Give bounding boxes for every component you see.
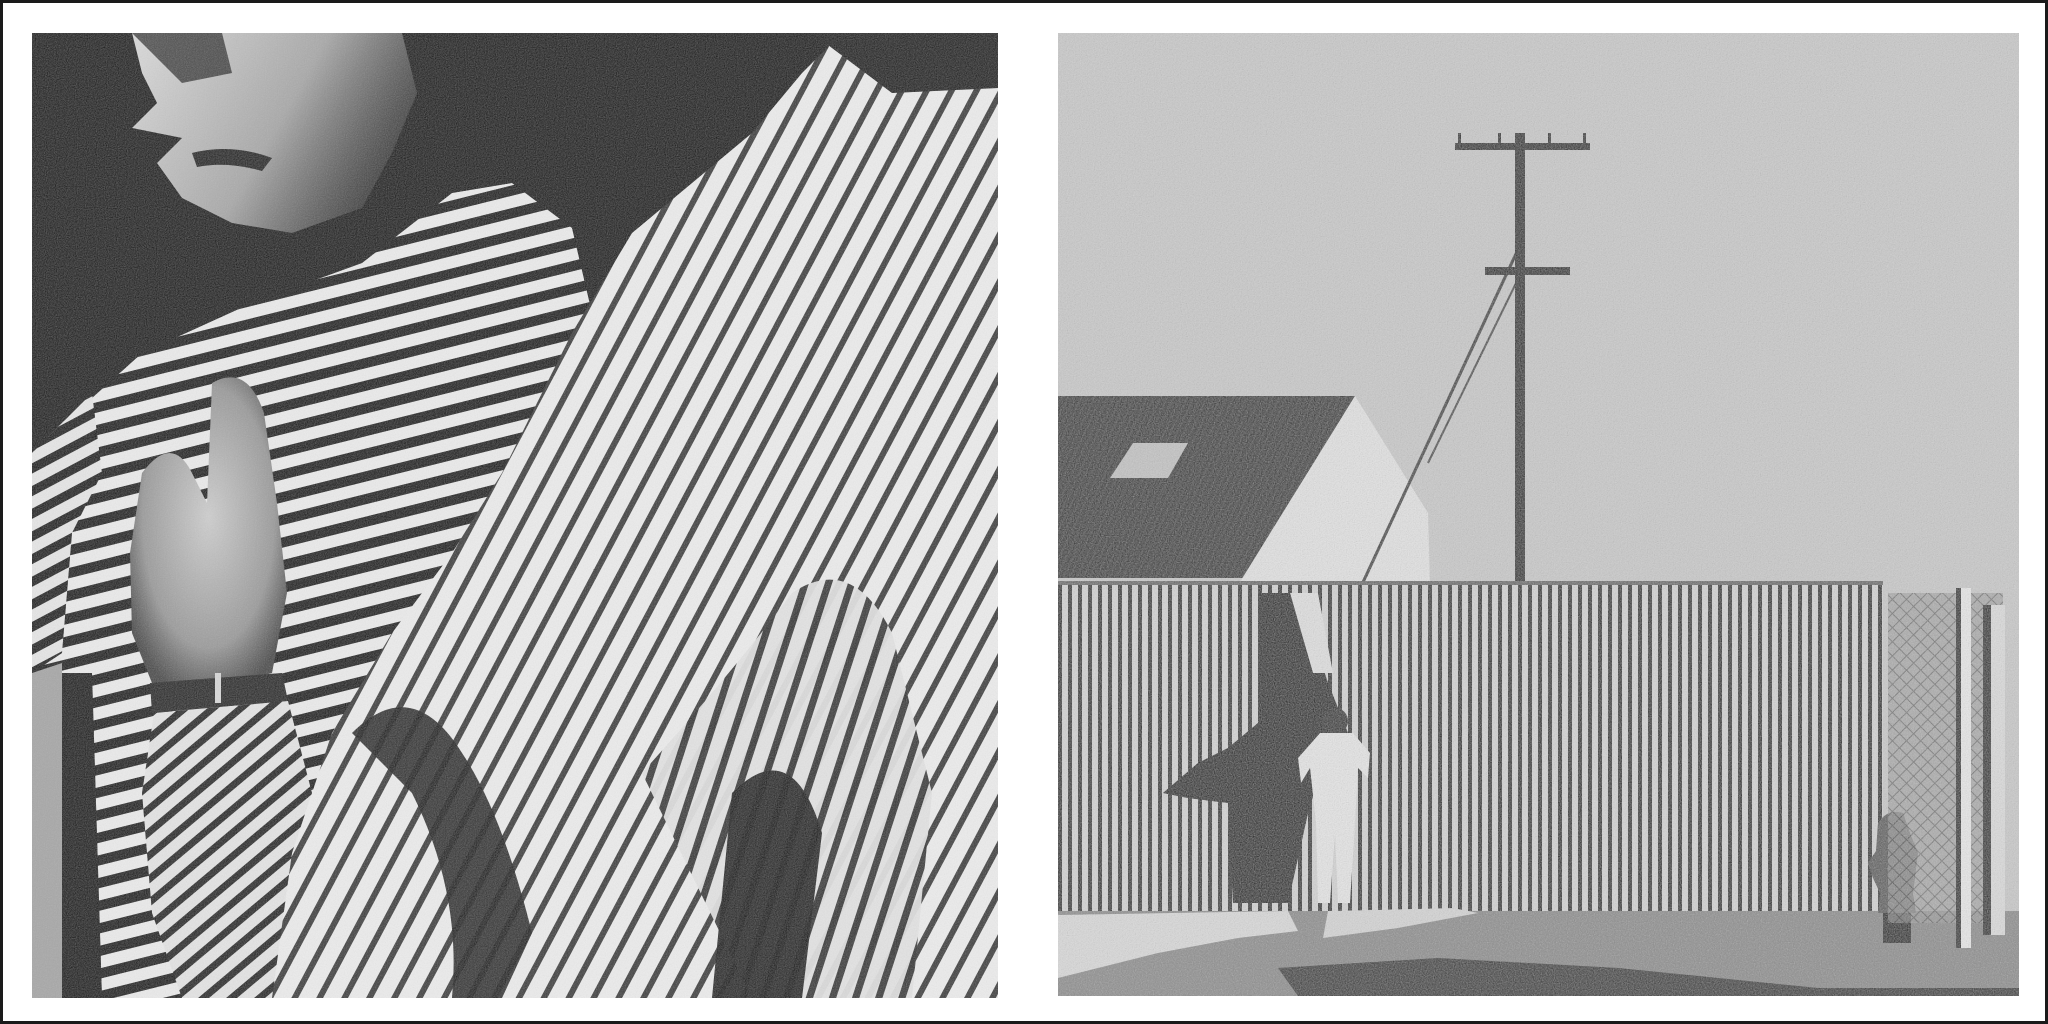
pole-top-crossarm	[1455, 143, 1590, 150]
corrugated-fence	[1058, 583, 1883, 913]
photo-panel-right: A lone figure with hands on hips stands …	[1058, 33, 2019, 996]
diptych-frame: Two men in striped shirts; one in a hori…	[0, 0, 2048, 1024]
insulator	[1583, 133, 1586, 145]
insulator	[1458, 133, 1461, 145]
utility-pole	[1515, 133, 1525, 593]
insulator	[1548, 133, 1551, 145]
gate-post-highlight	[1991, 605, 2005, 935]
gate-post	[1983, 605, 1991, 935]
photo-left-svg	[32, 33, 998, 998]
pole-lower-crossarm	[1485, 267, 1570, 275]
fence-top-rail	[1058, 581, 1883, 585]
gray-wall-lower	[32, 663, 62, 998]
wristwatch-clasp	[215, 673, 221, 703]
insulator	[1498, 133, 1501, 145]
photo-panel-left: Two men in striped shirts; one in a hori…	[32, 33, 998, 998]
fence-post-highlight	[1961, 588, 1971, 948]
photo-right-svg	[1058, 33, 2019, 996]
figure-head	[1322, 708, 1348, 734]
